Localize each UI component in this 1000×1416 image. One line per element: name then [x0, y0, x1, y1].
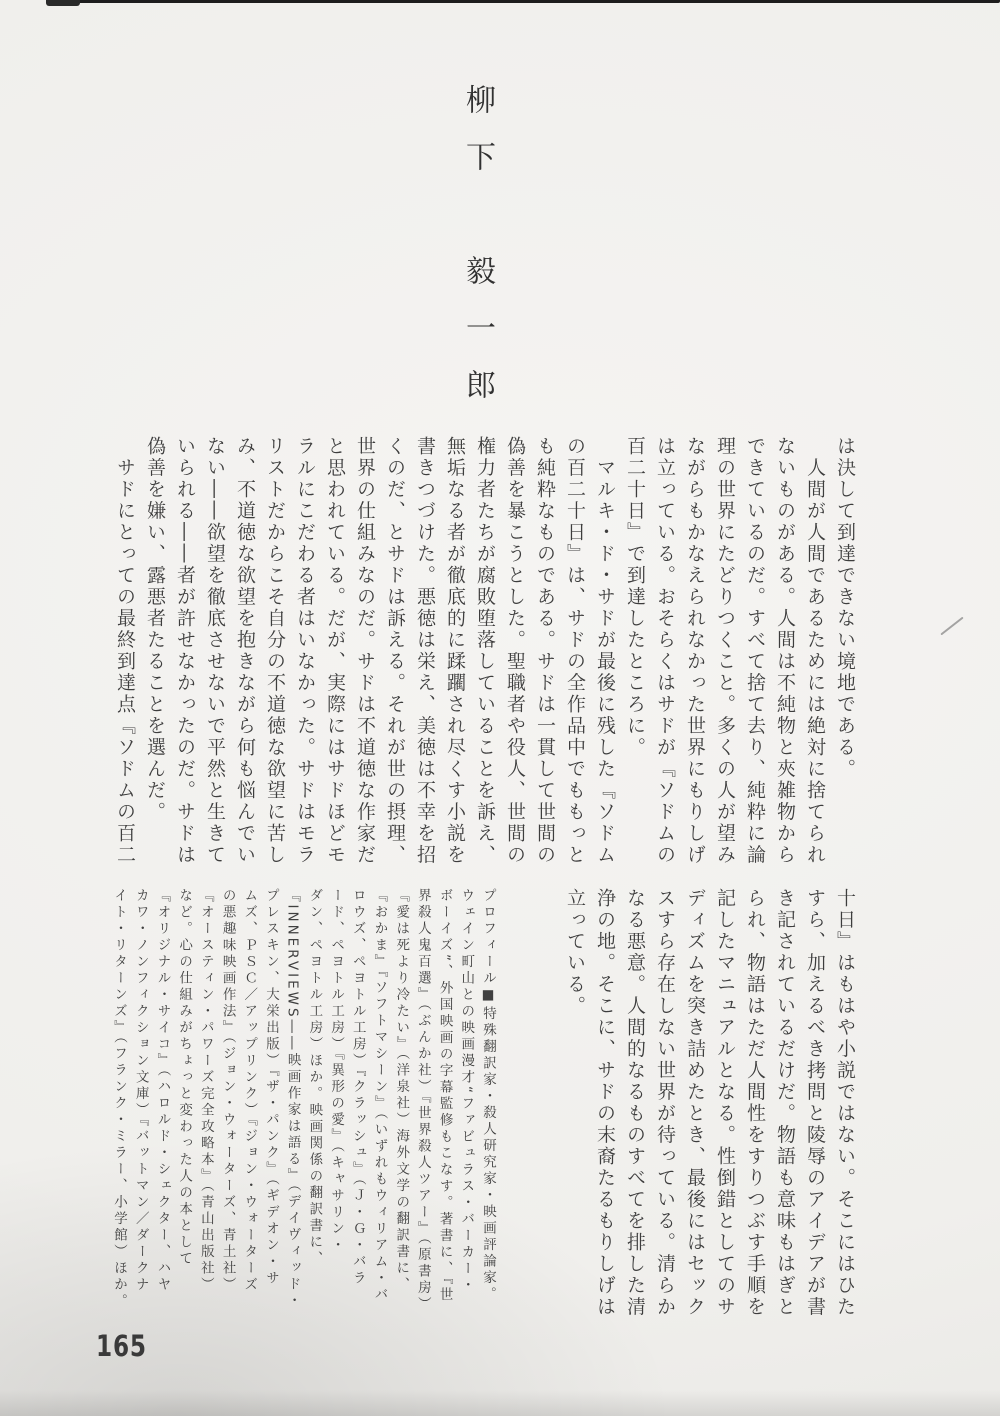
essay-text-column: いられる――者が許せなかったのだ。サドは [170, 436, 200, 896]
essay-text-column: 偽善を嫌い、露悪者たることを選んだ。 [140, 436, 170, 896]
profile-text-column: ムズ、ＰＳＣ／アップリンク）『ジョン・ウォーターズ [238, 888, 260, 1353]
essay-text-column: 書きつづけた。悪徳は栄え、美徳は不幸を招 [410, 436, 440, 896]
essay-text-column: 人間が人間であるためには絶対に捨てられ [800, 436, 830, 896]
profile-text-column: 界殺人鬼百選』（ぶんか社）『世界殺人ツアー』（原書房） [411, 888, 433, 1353]
essay-text-column: すら、加えるべき拷問と陵辱のアイデアが書 [800, 888, 830, 1353]
essay-text-column: 偽善を暴こうとした。聖職者や役人、世間の [500, 436, 530, 896]
essay-text-column: ラルにこだわる者はいなかった。サドはモラ [290, 436, 320, 896]
profile-text-column: プレスキン、大栄出版）『ザ・パンク』（ギデオン・サ [259, 888, 281, 1353]
profile-text-column: の悪趣味映画作法』（ジョン・ウォーターズ、青土社） [216, 888, 238, 1353]
scan-slash-artifact [940, 617, 963, 636]
essay-text-column: サドにとっての最終到達点『ソドムの百二 [110, 436, 140, 896]
scan-top-edge-artifact [46, 0, 1000, 3]
essay-text-column: 理の世界にたどりつくこと。多くの人が望み [710, 436, 740, 896]
essay-text-column: 権力者たちが腐敗堕落していることを訴え、 [470, 436, 500, 896]
essay-text-column: 十日』はもはや小説ではない。そこにはひた [830, 888, 860, 1353]
scan-top-corner-artifact [46, 0, 80, 6]
author-profile-block: プロフィール■特殊翻訳家・殺人研究家・映画評論家。ウェイン町山との映画漫才“ファ… [106, 888, 498, 1353]
profile-text-column: カワ・ノンフィクション文庫）『バットマン／ダークナ [129, 888, 151, 1353]
essay-text-column: マルキ・ド・サドが最後に残した『ソドム [590, 436, 620, 896]
profile-text-column: イト・リターンズ』（フランク・ミラー、小学館）ほか。 [107, 888, 129, 1353]
profile-text-column: 『愛は死より冷たい』（洋泉社）海外文学の翻訳書に、 [389, 888, 411, 1353]
profile-text-column: ード、ペヨトル工房）『異形の愛』（キャサリン・ [324, 888, 346, 1353]
essay-text-column: と思われている。だが、実際にはサドほどモ [320, 436, 350, 896]
page-number: 165 [96, 1329, 147, 1363]
profile-text-column: ダン、ペヨトル工房）ほか。映画関係の翻訳書に、 [303, 888, 325, 1353]
essay-text-column: は立っている。おそらくはサドが『ソドムの [650, 436, 680, 896]
essay-text-column: ないものがある。人間は不純物と夾雑物から [770, 436, 800, 896]
profile-text-column: ウェイン町山との映画漫才“ファビュラス・バーカー・ [455, 888, 477, 1353]
profile-text-column: ボーイズ”、外国映画の字幕監修もこなす。著書に、『世 [433, 888, 455, 1353]
profile-text-column: ロウズ、ペヨトル工房）『クラッシュ』（Ｊ・Ｇ・バラ [346, 888, 368, 1353]
scanned-book-page: 柳下 毅一郎 は決して到達できない境地である。 人間が人間であるためには絶対に捨… [0, 0, 1000, 1416]
essay-continuation-text-block: 十日』はもはや小説ではない。そこにはひたすら、加えるべき拷問と陵辱のアイデアが書… [558, 888, 860, 1353]
profile-text-column: 『オリジナル・サイコ』（ハロルド・シェクター、ハヤ [151, 888, 173, 1353]
author-name: 柳下 毅一郎 [455, 84, 499, 414]
essay-text-column: き記されているだけだ。物語も意味もはぎと [770, 888, 800, 1353]
essay-text-column: も純粋なものである。サドは一貫して世間の [530, 436, 560, 896]
profile-text-column: 『おかま』『ソフトマシーン』（いずれもウィリアム・バ [368, 888, 390, 1353]
essay-text-column: できているのだ。すべて捨て去り、純粋に論 [740, 436, 770, 896]
essay-text-column: ない――欲望を徹底させないで平然と生きて [200, 436, 230, 896]
essay-text-column: くのだ、とサドは訴える。それが世の摂理、 [380, 436, 410, 896]
essay-text-column: の百二十日』は、サドの全作品中でももっと [560, 436, 590, 896]
essay-text-column: 百二十日』で到達したところに。 [620, 436, 650, 896]
profile-text-column: 『オースティン・パワーズ完全攻略本』（青山出版社） [194, 888, 216, 1353]
profile-text-column: プロフィール■特殊翻訳家・殺人研究家・映画評論家。 [476, 888, 498, 1353]
essay-text-column: ディズムを突き詰めたとき、最後にはセック [680, 888, 710, 1353]
profile-text-column: など。心の仕組みがちょっと変わった人の本として [172, 888, 194, 1353]
essay-main-text-block: は決して到達できない境地である。 人間が人間であるためには絶対に捨てられないもの… [108, 436, 860, 896]
essay-text-column: 記したマニュアルとなる。性倒錯としてのサ [710, 888, 740, 1353]
essay-text-column: スすら存在しない世界が待っている。清らか [650, 888, 680, 1353]
essay-text-column: リストだからこそ自分の不道徳な欲望に苦し [260, 436, 290, 896]
essay-text-column: 無垢なる者が徹底的に蹂躙され尽くす小説を [440, 436, 470, 896]
essay-text-column: は決して到達できない境地である。 [830, 436, 860, 896]
essay-text-column: ながらもかなえられなかった世界にもりしげ [680, 436, 710, 896]
essay-text-column: 世界の仕組みなのだ。サドは不道徳な作家だ [350, 436, 380, 896]
essay-text-column: み、不道徳な欲望を抱きながら何も悩んでい [230, 436, 260, 896]
essay-text-column: なる悪意。人間的なるものすべてを排した清 [620, 888, 650, 1353]
essay-text-column: 浄の地。そこに、サドの末裔たるもりしげは [590, 888, 620, 1353]
scan-bottom-shadow [0, 1390, 1000, 1416]
profile-text-column: 『INNERVIEWS――映画作家は語る』（デイヴィッド・ [281, 888, 303, 1353]
essay-text-column: られ、物語はただ人間性をすりつぶす手順を [740, 888, 770, 1353]
essay-text-column: 立っている。 [560, 888, 590, 1353]
